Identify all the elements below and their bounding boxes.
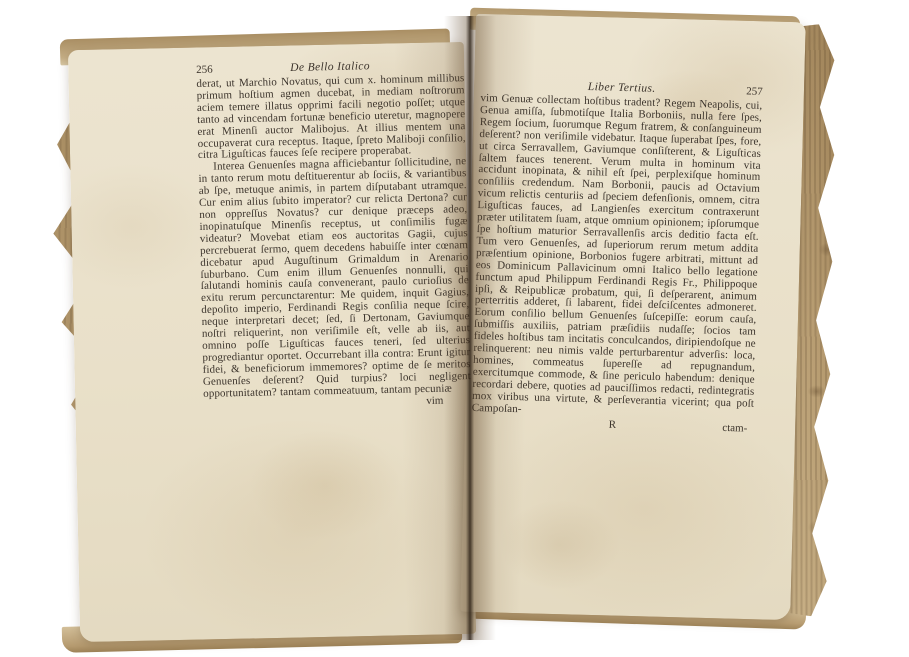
book-photograph: 256 De Bello Italico derat, ut Marchio N… [0, 0, 909, 657]
right-running-title: Liber Tertius. [588, 81, 656, 95]
left-running-title: De Bello Italico [290, 60, 370, 74]
right-page-text: Liber Tertius. 257 vim Genuæ collectam h… [471, 78, 763, 436]
right-page-number: 257 [656, 83, 763, 98]
left-page-number: 256 [196, 62, 290, 76]
left-page-text: 256 De Bello Italico derat, ut Marchio N… [196, 58, 472, 413]
right-body-text: vim Genuæ collectam hoſtibus tradent? Re… [472, 93, 763, 422]
paragraph: derat, ut Marchio Novatus, qui cum x. ho… [196, 73, 466, 162]
paragraph: Interea Genuenſes magna afficiebantur ſo… [198, 156, 471, 400]
left-body-text: derat, ut Marchio Novatus, qui cum x. ho… [196, 73, 471, 400]
paragraph: vim Genuæ collectam hoſtibus tradent? Re… [472, 93, 763, 422]
